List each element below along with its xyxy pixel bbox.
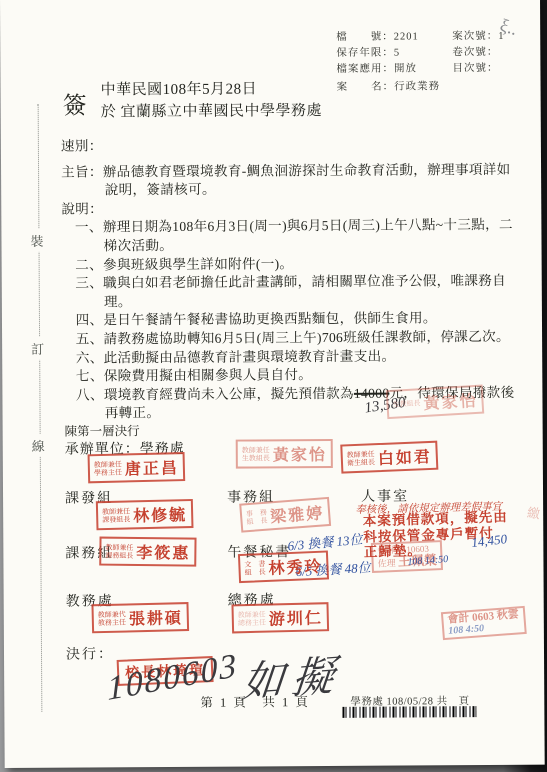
present-level-line: 陳第一層決行: [65, 421, 140, 439]
list-item: 五、請教務處協助轉知6月5日(周三上午)706班級任課教師，停課乙次。: [76, 328, 523, 349]
document-page: ξ.. 檔 號：2201 保存年限：5 檔案應用：開放 案次號：1 卷次號： 目…: [0, 0, 545, 768]
lin-xiuyu-stamp: 教師兼任課發組長 林修毓: [96, 499, 194, 530]
case-name-row: 案 名：行政業務: [337, 79, 441, 96]
bai-rujun-stamp: 教師兼任衛生組長 白如君: [340, 441, 438, 474]
li-xiaohui-stamp: 教師兼任課務組長 李筱惠: [99, 537, 196, 567]
liang-yating-stamp: 事 務組 長 梁雅婷: [239, 497, 331, 533]
tang-zhengchang-stamp: 教師兼任學務主任 唐正昌: [88, 452, 186, 483]
stamp-bleed-fragment: 繳: [526, 502, 541, 523]
accounting-chief-stamp: 會計 0603 秋雲 108 4:50: [441, 606, 526, 640]
header-seq-block: 案次號：1 卷次號： 目次號：: [452, 29, 505, 77]
binding-char-2: 訂: [31, 337, 44, 360]
page-number: 第 1 頁 共 1 頁: [200, 692, 310, 711]
doc-place: 於 宜蘭縣立中華國民中學學務處: [101, 100, 322, 123]
binding-dotted-line: [38, 104, 43, 712]
file-number: 檔 號：2201: [336, 29, 419, 46]
case-seq: 案次號：1: [452, 29, 504, 45]
you-zhunren-stamp: 教師兼任總務主任 游圳仁: [231, 602, 329, 633]
binding-char-3: 線: [32, 434, 45, 457]
retention-years: 保存年限：5: [336, 45, 419, 62]
idx-seq: 目次號：: [452, 61, 504, 77]
zhang-gengshuo-stamp: 教師兼代教務主任 張耕碩: [91, 602, 189, 633]
barcode: [342, 706, 476, 718]
lin-xiuling-stamp: 文 書組 長 林秀玲: [238, 550, 329, 583]
list-item: 三、職與白如君老師擔任此計畫講師，請相關單位准予公假，唯課務自理。: [75, 272, 522, 312]
title-block: 中華民國108年5月28日 於 宜蘭縣立中華國民中學學務處: [100, 78, 322, 123]
binding-char-1: 裝: [30, 229, 43, 252]
header-file-block: 檔 號：2201 保存年限：5 檔案應用：開放: [336, 29, 419, 78]
vol-seq: 卷次號：: [452, 45, 504, 61]
subject-line: 主旨：辦品德教育暨環境教育-鯛魚洄游探討生命教育活動，辦理事項詳如說明，簽請核可…: [61, 160, 521, 200]
huang-jiayi-stamp: 教師兼任生教組長 黃家怡: [236, 439, 333, 469]
list-item: 一、辦理日期為108年6月3日(周一)與6月5日(周三)上午八點~十三點，二梯次…: [75, 216, 522, 256]
document-body: 速別： 主旨：辦品德教育暨環境教育-鯛魚洄游探討生命教育活動，辦理事項詳如說明，…: [61, 135, 523, 424]
section-decision: 決行：: [66, 643, 114, 663]
huang-jiayi-stamp-overlap: 生教組長 黃家怡: [386, 385, 485, 420]
file-access: 檔案應用：開放: [336, 61, 419, 78]
doc-date: 中華民國108年5月28日: [100, 78, 321, 101]
speed-label: 速別：: [61, 135, 521, 156]
doc-type-sign: 簽: [63, 85, 89, 120]
scanned-document-screenshot: { "header": { "file_label": "檔 號：", "fil…: [0, 0, 547, 772]
